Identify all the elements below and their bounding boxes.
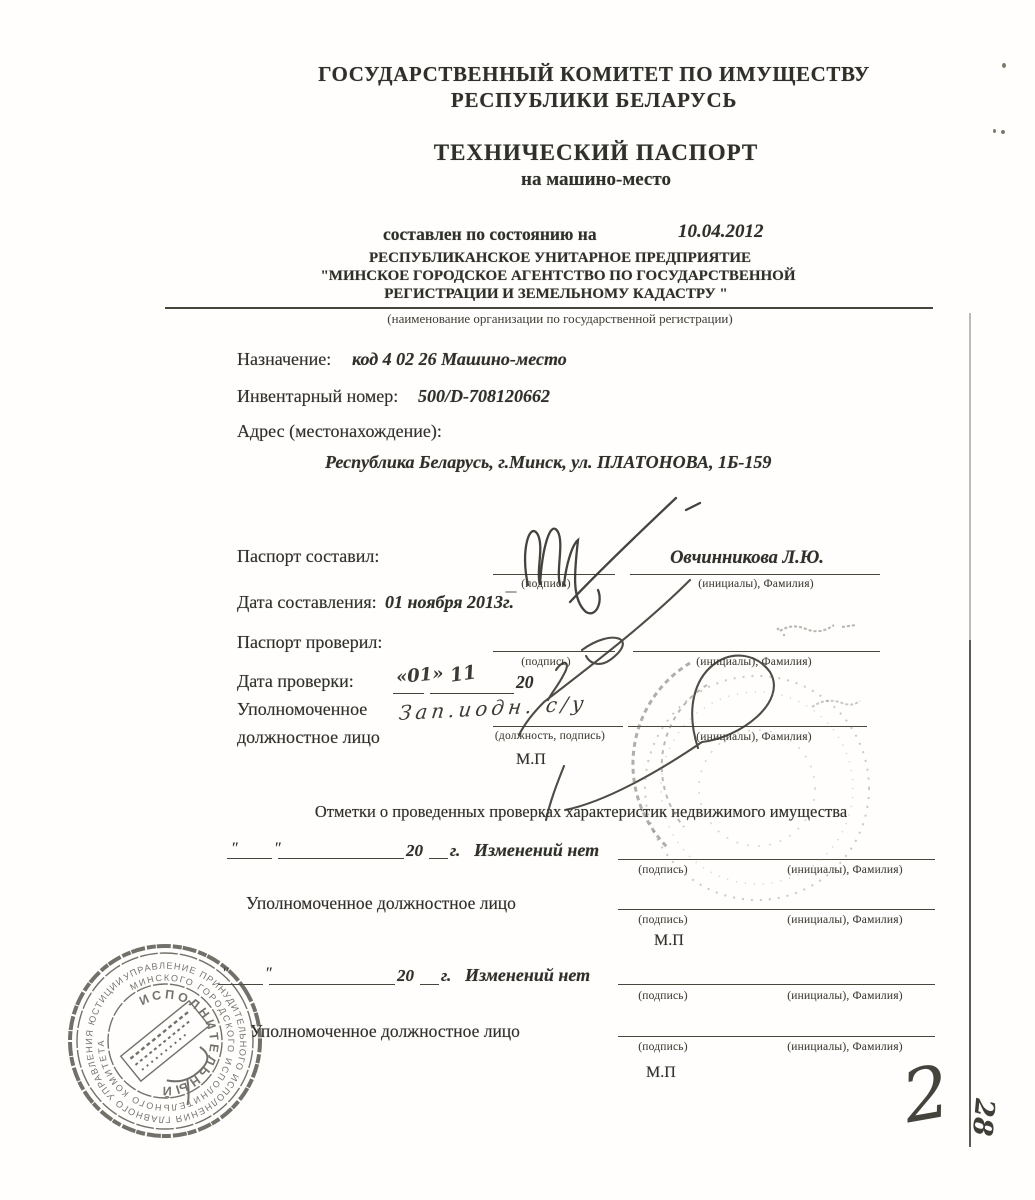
scan-speck [1002, 63, 1006, 68]
faint-round-seal [612, 615, 912, 950]
check1-quote-open: ″ [231, 840, 238, 858]
check1-year-prefix: 20 [406, 841, 423, 861]
executive-committee-round-stamp: УПРАВЛЕНИЕ ПРИНУДИТЕЛЬНОГО ИСПОЛНЕНИЯ ГЛ… [45, 925, 300, 1180]
scan-fold-line [969, 640, 971, 1147]
purpose-value: код 4 02 26 Машино-место [352, 349, 567, 370]
faint-text-artifact [780, 625, 856, 631]
official2-signature-line [618, 1036, 935, 1037]
check1-year-suffix: г. [450, 841, 460, 861]
org-name-caption: (наименование организации по государстве… [387, 311, 732, 327]
svg-text:УПРАВЛЕНИЕ ПРИНУДИТЕЛЬНОГО ИСП: УПРАВЛЕНИЕ ПРИНУДИТЕЛЬНОГО ИСПОЛНЕНИЯ ГЛ… [53, 929, 280, 1156]
faint-text-artifact [812, 701, 860, 707]
seal-place-mark: М.П [646, 1064, 676, 1082]
check2-no-changes: Изменений нет [465, 965, 590, 986]
check-date-label: Дата проверки: [237, 671, 354, 692]
check-date-day-line [393, 693, 424, 694]
address-value: Республика Беларусь, г.Минск, ул. ПЛАТОН… [325, 452, 771, 473]
org-name-line1: РЕСПУБЛИКАНСКОЕ УНИТАРНОЕ ПРЕДПРИЯТИЕ [369, 250, 751, 267]
as-of-label: составлен по состоянию на [383, 224, 597, 245]
check2-year-suffix: г. [441, 966, 451, 986]
check1-quote-close: ″ [274, 840, 281, 858]
checked-by-label: Паспорт проверил: [237, 632, 382, 653]
as-of-date: 10.04.2012 [678, 221, 764, 243]
check1-day-line [227, 858, 272, 859]
checks-official-label: Уполномоченное должностное лицо [246, 893, 516, 914]
official-label-line2: должностное лицо [237, 727, 380, 748]
official-label-line1: Уполномоченное [237, 699, 367, 720]
signature-caption: (подпись) [638, 1041, 688, 1053]
org-name-line3: РЕГИСТРАЦИИ И ЗЕМЕЛЬНОМУ КАДАСТРУ " [384, 286, 728, 303]
compiled-date-label: Дата составления: [237, 592, 377, 613]
document-title: ТЕХНИЧЕСКИЙ ПАСПОРТ [434, 140, 759, 166]
scan-fold-line [969, 313, 971, 640]
signature-caption: (подпись) [638, 990, 688, 1002]
committee-name-line1: ГОСУДАРСТВЕННЫЙ КОМИТЕТ ПО ИМУЩЕСТВУ [318, 62, 870, 87]
committee-name-line2: РЕСПУБЛИКИ БЕЛАРУСЬ [451, 88, 737, 113]
org-name-line2: "МИНСКОЕ ГОРОДСКОЕ АГЕНТСТВО ПО ГОСУДАРС… [320, 268, 795, 285]
handwritten-page-mark: 2 [896, 1049, 956, 1140]
scan-speck [1001, 130, 1005, 134]
document-subtitle: на машино-место [521, 169, 671, 191]
check1-no-changes: Изменений нет [474, 840, 599, 861]
check2-year-line [420, 984, 439, 985]
compiled-by-label: Паспорт составил: [237, 546, 379, 567]
initials-caption: (инициалы), Фамилия) [787, 1041, 903, 1053]
inventory-number-label: Инвентарный номер: [237, 386, 398, 407]
org-name-underline [165, 307, 933, 309]
purpose-label: Назначение: [237, 349, 331, 370]
address-label: Адрес (местонахождение): [237, 421, 442, 442]
scan-speck [993, 129, 996, 133]
initials-caption: (инициалы), Фамилия) [787, 990, 903, 1002]
check-date-day-handwritten: «01» [395, 663, 444, 688]
inventory-number-value: 500/D-708120662 [418, 386, 550, 407]
check1-year-line [429, 858, 448, 859]
check2-year-prefix: 20 [397, 966, 414, 986]
check2-signature-line [618, 984, 935, 985]
scanned-technical-passport-page: ГОСУДАРСТВЕННЫЙ КОМИТЕТ ПО ИМУЩЕСТВУ РЕС… [0, 0, 1035, 1200]
check1-month-line [278, 858, 404, 859]
stamp-ring-text-outer: УПРАВЛЕНИЕ ПРИНУДИТЕЛЬНОГО ИСПОЛНЕНИЯ ГЛ… [53, 929, 280, 1156]
page-number-rotated: 28 [966, 1097, 1000, 1137]
